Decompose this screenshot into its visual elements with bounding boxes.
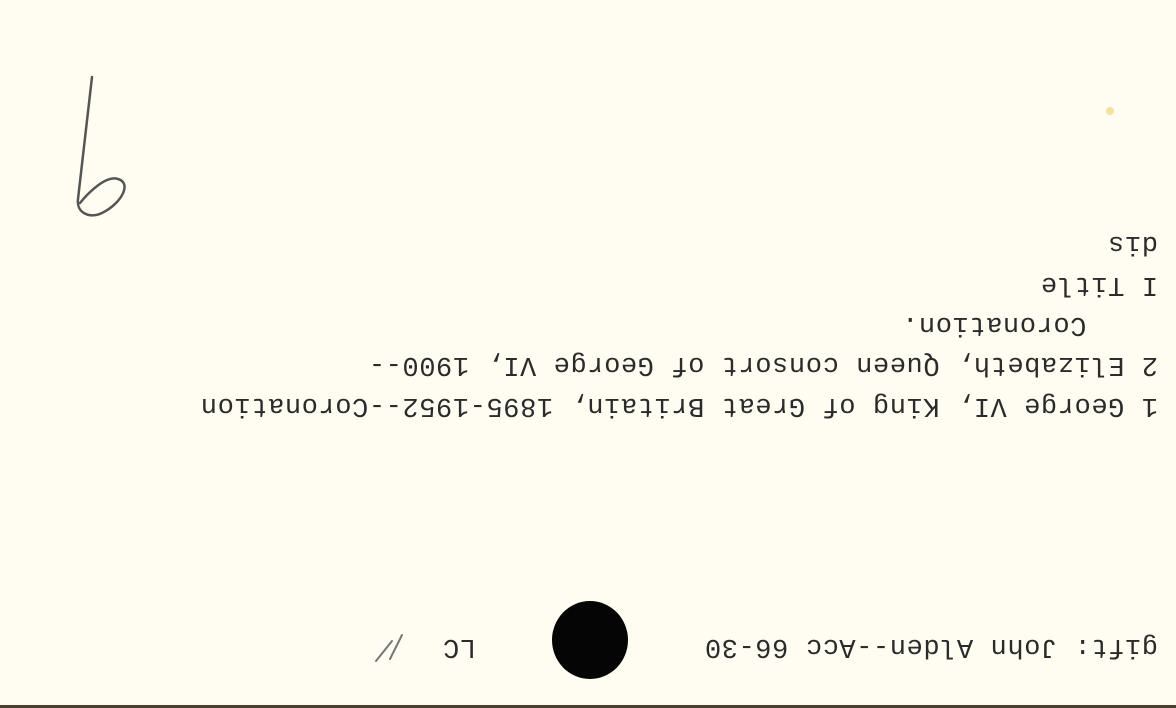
- paper-speck: [1106, 107, 1114, 115]
- tracing-1: 1 George VI, King of Great Britain, 1895…: [200, 391, 1158, 418]
- tracing-2: 2 Elizabeth, Queen consort of George VI,…: [368, 350, 1158, 377]
- accession-line: gift: John Alden--Acc 66-30: [704, 632, 1158, 659]
- handwritten-b-icon: [70, 67, 140, 227]
- tracing-2-continued: Coronation.: [902, 310, 1120, 337]
- title-tracing: I Title: [1040, 270, 1158, 297]
- pencil-check-icon: [372, 631, 406, 665]
- punch-hole: [552, 601, 628, 679]
- catalog-card: gift: John Alden--Acc 66-30 LC 1 George …: [0, 0, 1176, 708]
- lc-mark: LC: [442, 632, 476, 659]
- dis-note: dis: [1108, 229, 1158, 256]
